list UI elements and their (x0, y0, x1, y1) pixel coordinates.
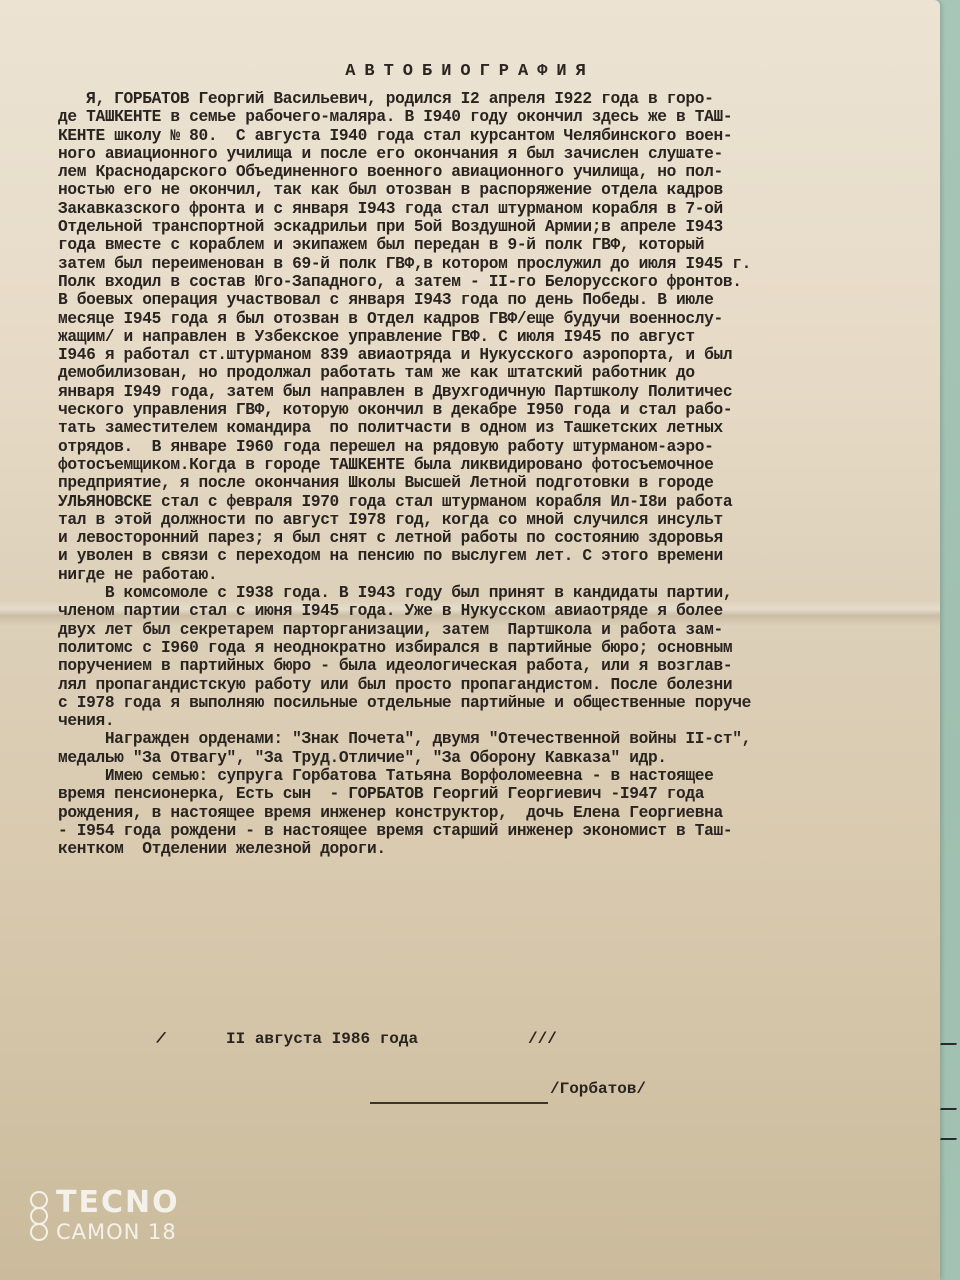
text-line: ного авиационного училища и после его ок… (58, 145, 938, 163)
watermark-model: CAMON 18 (56, 1222, 180, 1243)
text-line: КЕНТЕ школу № 80. С августа I940 года ст… (58, 127, 938, 145)
text-line: предприятие, я после окончания Школы Выс… (58, 474, 938, 492)
signature-name: /Горбатов/ (550, 1080, 646, 1098)
text-line: нигде не работаю. (58, 566, 938, 584)
text-line: де ТАШКЕНТЕ в семье рабочего-маляра. В I… (58, 108, 938, 126)
text-line: Имею семью: супруга Горбатова Татьяна Во… (58, 767, 938, 785)
text-line: Награжден орденами: "Знак Почета", двумя… (58, 730, 938, 748)
text-line: Полк входил в состав Юго-Западного, а за… (58, 273, 938, 291)
text-line: Закавказского фронта и с января I943 год… (58, 200, 938, 218)
document-title: АВТОБИОГРАФИЯ (0, 62, 940, 81)
text-line: чения. (58, 712, 938, 730)
text-line: Отдельной транспортной эскадрильи при 5о… (58, 218, 938, 236)
text-line: политомс с I960 года я неоднократно изби… (58, 639, 938, 657)
date-row: /II августа I986 года/// (118, 1012, 557, 1066)
text-line: января I949 года, затем был направлен в … (58, 383, 938, 401)
signature-line (370, 1102, 548, 1104)
text-line: и уволен в связи с переходом на пенсию п… (58, 547, 938, 565)
text-line: отрядов. В январе I960 года перешел на р… (58, 438, 938, 456)
text-line: Я, ГОРБАТОВ Георгий Васильевич, родился … (58, 90, 938, 108)
handwriting-mark (940, 1100, 960, 1110)
camera-watermark: TECNO CAMON 18 (30, 1188, 180, 1243)
text-line: I946 я работал ст.штурманом 839 авиаотря… (58, 346, 938, 364)
text-line: УЛЬЯНОВСКЕ стал с февраля I970 года стал… (58, 493, 938, 511)
signature-block: /Горбатов/ (370, 1080, 646, 1098)
text-line: тал в этой должности по август I978 год,… (58, 511, 938, 529)
text-line: затем был переименован в 69-й полк ГВФ,в… (58, 255, 938, 273)
ink-mark: /// (528, 1030, 557, 1048)
text-line: лял пропагандистскую работу или был прос… (58, 676, 938, 694)
text-line: ностью его не окончил, так как был отозв… (58, 181, 938, 199)
handwriting-mark (940, 1035, 960, 1045)
text-line: членом партии стал с июня I945 года. Уже… (58, 602, 938, 620)
ink-mark: / (155, 1029, 168, 1048)
text-line: ческого управления ГВФ, которую окончил … (58, 401, 938, 419)
handwriting-mark (940, 1130, 960, 1140)
text-line: медалью "За Отвагу", "За Труд.Отличие", … (58, 749, 938, 767)
text-line: тать заместителем командира по политчаст… (58, 419, 938, 437)
text-line: года вместе с кораблем и экипажем был пе… (58, 236, 938, 254)
tecno-rings-icon (30, 1192, 48, 1240)
text-line: жащим/ и направлен в Узбекское управлени… (58, 328, 938, 346)
text-line: демобилизован, но продолжал работать там… (58, 364, 938, 382)
text-line: фотосъемщиком.Когда в городе ТАШКЕНТЕ бы… (58, 456, 938, 474)
text-line: В комсомоле с I938 года. В I943 году был… (58, 584, 938, 602)
text-line: кентком Отделении железной дороги. (58, 840, 938, 858)
text-line: двух лет был секретарем парторганизации,… (58, 621, 938, 639)
text-line: месяце I945 года я был отозван в Отдел к… (58, 310, 938, 328)
text-line: рождения, в настоящее время инженер конс… (58, 804, 938, 822)
document-body: Я, ГОРБАТОВ Георгий Васильевич, родился … (58, 90, 938, 858)
typewritten-page: АВТОБИОГРАФИЯ Я, ГОРБАТОВ Георгий Василь… (0, 0, 940, 1280)
text-line: поручением в партийных бюро - была идеол… (58, 657, 938, 675)
watermark-brand: TECNO (56, 1188, 180, 1218)
document-date: II августа I986 года (226, 1030, 418, 1048)
text-line: и левосторонний парез; я был снят с летн… (58, 529, 938, 547)
text-line: В боевых операция участвовал с января I9… (58, 291, 938, 309)
text-line: - I954 года рождени - в настоящее время … (58, 822, 938, 840)
text-line: лем Краснодарского Объединенного военног… (58, 163, 938, 181)
text-line: с I978 года я выполняю посильные отдельн… (58, 694, 938, 712)
text-line: время пенсионерка, Есть сын - ГОРБАТОВ Г… (58, 785, 938, 803)
